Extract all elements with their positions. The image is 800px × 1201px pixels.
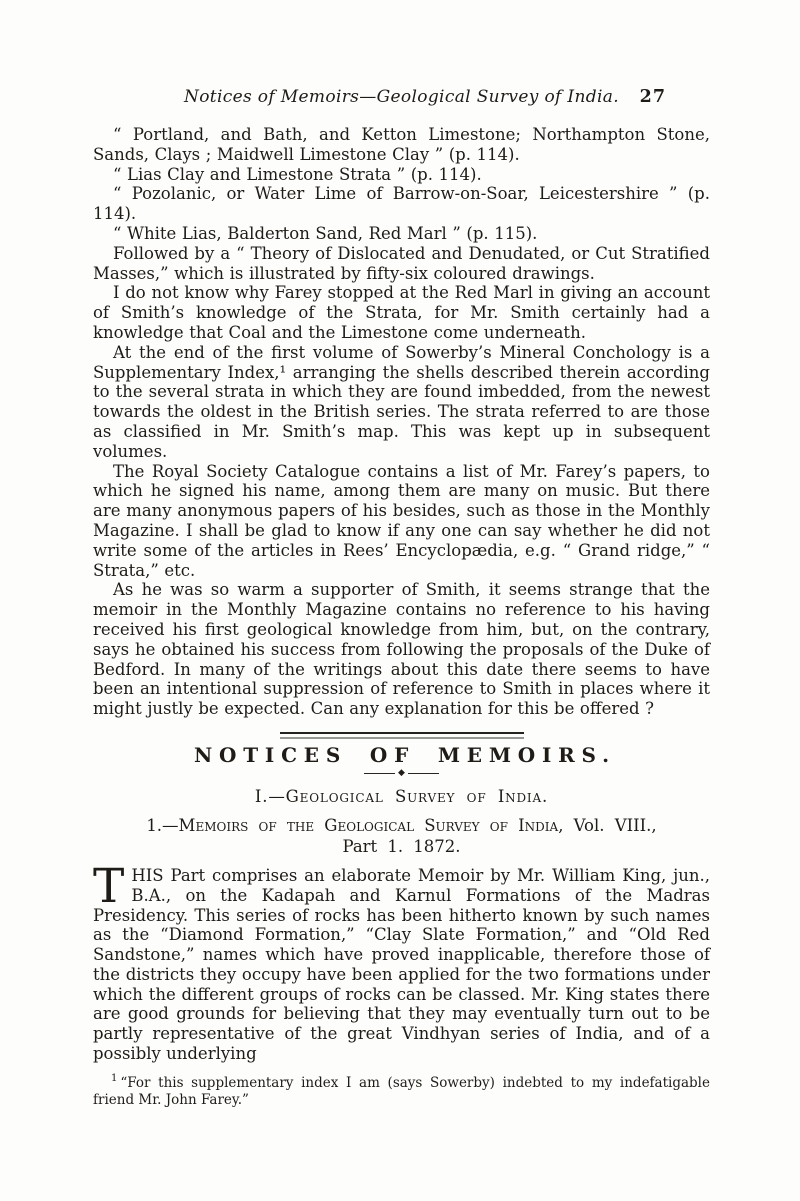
double-rule [280, 732, 524, 739]
paragraph-opening: THIS Part comprises an elaborate Memoir … [93, 866, 710, 1064]
article-farey-continuation: “ Portland, and Bath, and Ketton Limesto… [93, 125, 710, 719]
ornament-line-right [408, 773, 439, 775]
paragraph-sowerby-index: At the end of the first volume of Sowerb… [93, 343, 710, 462]
paragraph-quote-pozolanic: “ Pozolanic, or Water Lime of Barrow-on-… [93, 184, 710, 224]
paragraph-quote-portland: “ Portland, and Bath, and Ketton Limesto… [93, 125, 710, 165]
ornament-divider: ◆ [93, 769, 710, 778]
running-head: Notices of Memoirs—Geological Survey of … [93, 86, 710, 108]
paragraph-royal-society: The Royal Society Catalogue contains a l… [93, 462, 710, 581]
section-title: NOTICES OF MEMOIRS. [93, 743, 710, 767]
memoir-entry-volume: Vol. VIII., [563, 816, 656, 835]
section-heading-block: NOTICES OF MEMOIRS. ◆ I.—Geological Surv… [93, 732, 710, 857]
memoir-entry-title: 1.—Memoirs of the Geological Survey of I… [93, 815, 710, 857]
paragraph-quote-lias: “ Lias Clay and Limestone Strata ” (p. 1… [93, 165, 710, 185]
memoir-entry-part-year: Part 1. 1872. [342, 837, 460, 856]
diamond-icon: ◆ [398, 769, 405, 778]
paragraph-followed-by: Followed by a “ Theory of Dislocated and… [93, 244, 710, 284]
memoir-entry-smallcaps: 1.—Memoirs of the Geological Survey of I… [146, 816, 563, 835]
footnote-block: 1“For this supplementary index I am (say… [93, 1075, 710, 1110]
paragraph-red-marl: I do not know why Farey stopped at the R… [93, 283, 710, 342]
drop-cap: T [93, 866, 131, 904]
ornament-line-left [364, 773, 395, 775]
paragraph-supporter-of-smith: As he was so warm a supporter of Smith, … [93, 580, 710, 719]
subsection-title: I.—Geological Survey of India. [93, 787, 710, 806]
running-title: Notices of Memoirs—Geological Survey of … [184, 87, 619, 107]
footnote-text-line: 1“For this supplementary index I am (say… [93, 1075, 710, 1110]
page-number: 27 [640, 86, 666, 108]
scanned-journal-page: Notices of Memoirs—Geological Survey of … [0, 0, 800, 1201]
footnote-text: “For this supplementary index I am (says… [93, 1075, 710, 1109]
paragraph-quote-white-lias: “ White Lias, Balderton Sand, Red Marl ”… [93, 224, 710, 244]
footnote-marker: 1 [111, 1073, 117, 1084]
article-king-memoir: THIS Part comprises an elaborate Memoir … [93, 866, 710, 1064]
opening-text: HIS Part comprises an elaborate Memoir b… [93, 866, 710, 1063]
